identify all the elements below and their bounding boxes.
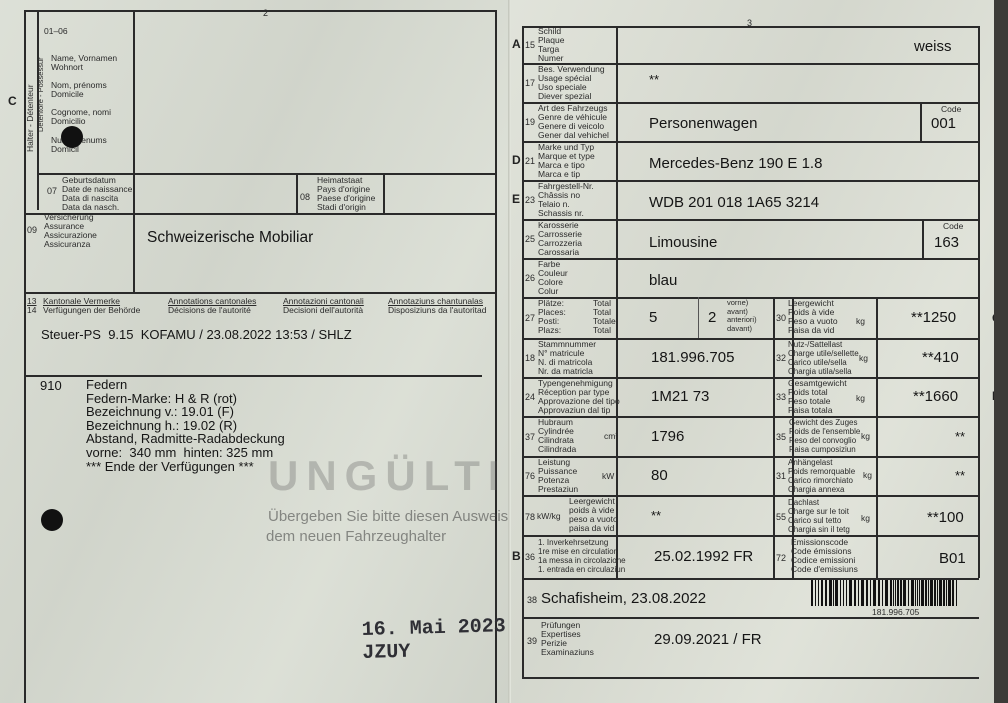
right-page: 3 A D E B G F 15 SchildPlaqueTargaNumer … [511,0,1008,703]
verfuegung-code: 910 [40,378,62,393]
label-seats: Plätze:Places:Posti:Plazs: [538,299,566,335]
label-payload: Nutz-/SattellastCharge utile/selletteCar… [788,340,859,376]
body-value: Limousine [649,234,717,251]
color-value: blau [649,272,677,289]
barcode [811,580,959,606]
punch-hole [41,509,63,531]
invalid-stamp: UNGÜLTIG [268,452,548,500]
inspection-value: 29.09.2021 / FR [654,631,762,648]
frame-top [24,10,496,12]
vehicle-type-value: Personenwagen [649,115,757,132]
annotations-it: Annotazioni cantonaliDecisioni dell'auto… [283,297,364,315]
label-emission-code: EmissionscodeCode émissionsCodice emissi… [791,538,858,574]
label-body: KarosserieCarrosserieCarrozzeriaCarossar… [538,221,582,257]
chassis-value: WDB 201 018 1A65 3214 [649,194,819,211]
side-label-holder: Halter - Détenteur [26,84,35,152]
special-use-value: ** [649,72,659,87]
section-letter-b: B [512,549,521,563]
power-weight-value: ** [651,508,661,523]
annotations-rm: Annotaziuns chantunalasDisposiziuns da l… [388,297,486,315]
label-birthdate: GeburtsdatumDate de naissanceData di nas… [62,176,132,212]
train-weight-value: ** [955,429,965,444]
invalid-stamp-line-2: dem neuen Fahrzeughalter [266,528,446,545]
label-color: FarbeCouleurColoreColur [538,260,568,296]
first-registration-value: 25.02.1992 FR [654,548,753,565]
label-roof-load: DachlastCharge sur le toitCarico sul tet… [788,498,850,534]
annotations-de: Kantonale VermerkeVerfügungen der Behörd… [43,297,140,315]
label-master-number: StammnummerN° matriculeN. di matricolaNr… [538,340,596,376]
label-gross-weight: GesamtgewichtPoids totalPeso totalePaisa… [788,379,847,415]
section-letter-a: A [512,37,521,51]
label-insurance: VersicherungAssuranceAssicurazioneAssicu… [44,213,97,249]
field-01-06-label: 01–06 [44,27,68,36]
verfuegung-text: Federn Federn-Marke: H & R (rot) Bezeich… [86,378,285,473]
seats-total-value: 5 [649,309,657,326]
make-model-value: Mercedes-Benz 190 E 1.8 [649,155,822,172]
type-approval-value: 1M21 73 [651,388,709,405]
vehicle-type-code: 001 [931,115,956,132]
master-number-value: 181.996.705 [651,349,734,366]
issue-place-date-value: Schafisheim, 23.08.2022 [541,590,706,607]
roof-load-value: **100 [927,509,964,526]
empty-weight-value: **1250 [911,309,956,326]
label-displacement: HubraumCylindréeCilindrataCilindrada [538,418,576,454]
label-inspections: PrüfungenExpertisesPerizieExaminaziuns [541,621,594,657]
plate-color-value: weiss [914,38,952,55]
gross-weight-value: **1660 [913,388,958,405]
label-power-weight: Leergewichtpoids à videpeso a vuotopaisa… [569,497,618,533]
section-letter-e: E [512,192,520,206]
label-vehicle-type: Art des FahrzeugsGenre de véhiculeGenere… [538,104,609,140]
label-power: LeistungPuissancePotenzaPrestaziun [538,458,578,494]
displacement-value: 1796 [651,428,684,445]
label-type-approval: TypengenehmigungRéception par typeApprov… [538,379,620,415]
side-label-possessur: Detentore - Possessur [36,57,45,132]
trailer-load-value: ** [955,468,965,483]
label-nom: Nom, prénomsDomicile [51,81,107,99]
label-special-use: Bes. VerwendungUsage spécialUso speciale… [538,65,605,101]
background-edge [994,0,1008,703]
payload-value: **410 [922,349,959,366]
body-code: 163 [934,234,959,251]
frame-right [495,10,497,703]
steuer-line: Steuer-PS 9.15 KOFAMU / 23.08.2022 13:53… [41,327,352,342]
seats-front-value: 2 [708,309,716,326]
section-letter-c: C [8,94,17,108]
annotations-fr: Annotations cantonalesDécisions de l'aut… [168,297,256,315]
section-letter-d: D [512,153,521,167]
barcode-text: 181.996.705 [872,608,919,617]
label-trailer-load: AnhängelastPoids remorquableCarico rimor… [788,458,855,494]
label-train-weight: Gewicht des ZugesPoids de l'ensemblePeso… [789,418,860,454]
invalid-stamp-line-1: Übergeben Sie bitte diesen Ausweis [268,508,508,525]
label-empty-weight: LeergewichtPoids à videPeso a vuotoPaisa… [788,299,838,335]
left-page: 2 C Halter - Détenteur Detentore - Posse… [0,0,511,703]
label-first-registration: 1. Inverkehrsetzung1re mise en circulati… [538,538,626,574]
insurance-value: Schweizerische Mobiliar [147,229,313,247]
label-chassis: Fahrgestell-Nr.Châssis noTelaio n.Schass… [538,182,594,218]
label-cognome: Cognome, nomiDomicilio [51,108,111,126]
date-stamp: 16. Mai 2023 JZUY [361,615,511,665]
punch-hole [61,126,83,148]
power-value: 80 [651,467,668,484]
label-name: Name, VornamenWohnort [51,54,117,72]
label-make-model: Marke und TypMarque et typeMarca e tipoM… [538,143,595,179]
emission-code-value: B01 [939,550,966,567]
label-origin: HeimatstaatPays d'originePaese d'origine… [317,176,375,212]
label-plate: SchildPlaqueTargaNumer [538,27,564,63]
